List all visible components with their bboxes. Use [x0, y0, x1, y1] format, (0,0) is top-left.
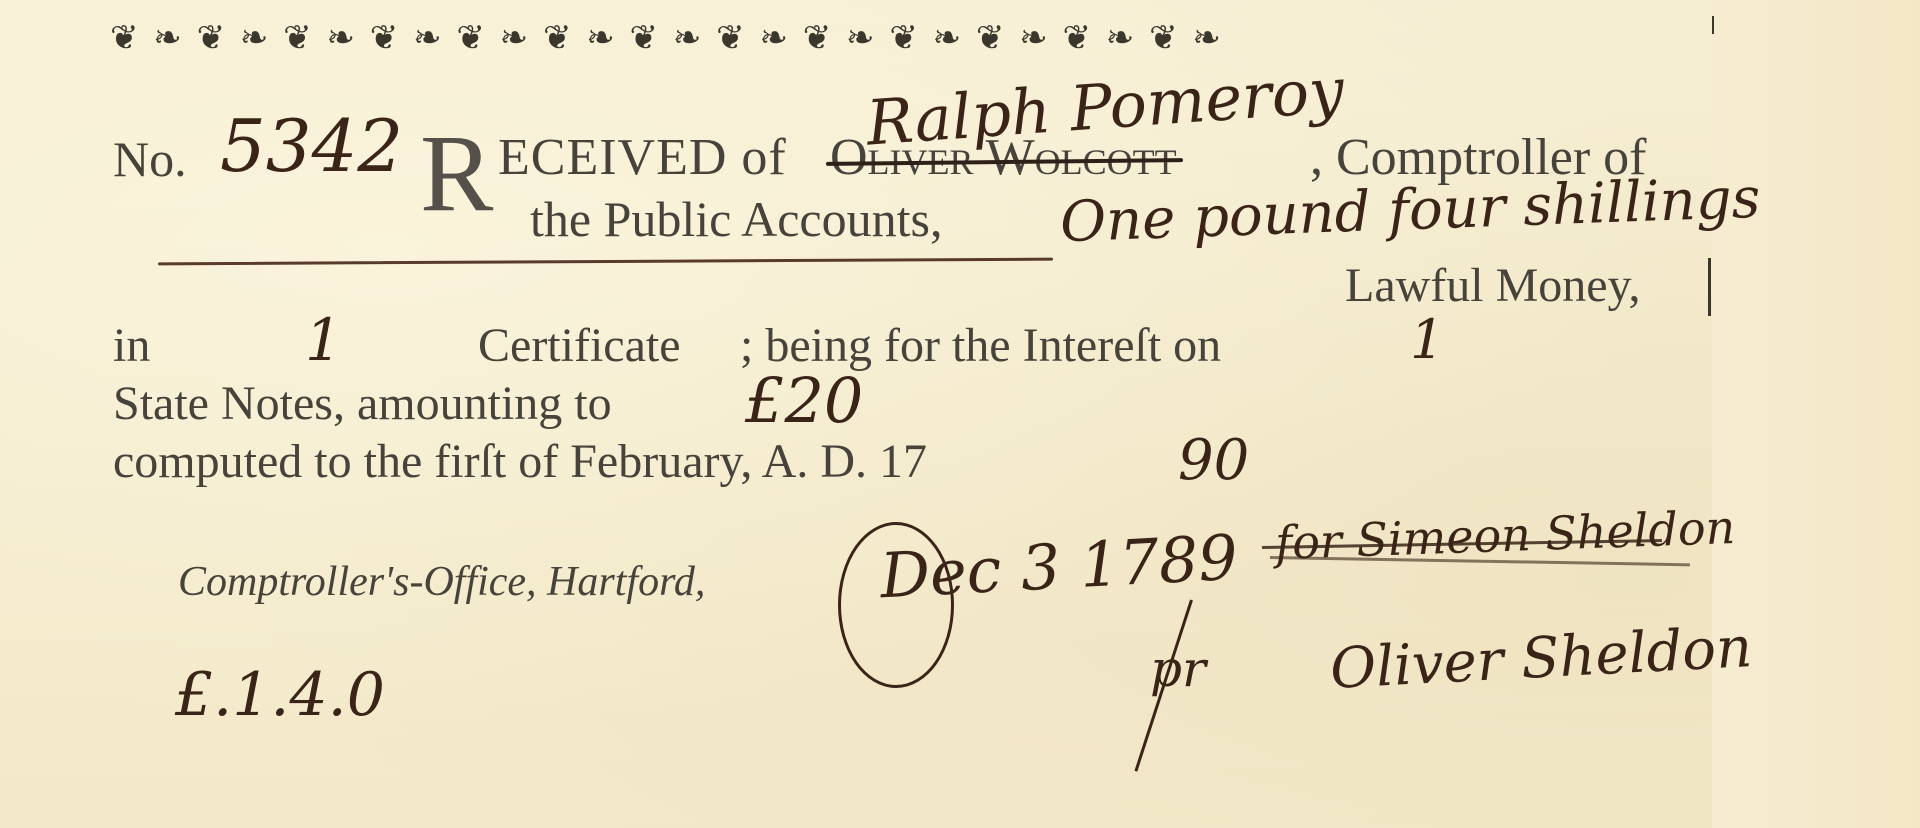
certificates-count-handwritten: 1 [305, 306, 342, 374]
certificates-label: Certificate [478, 318, 681, 373]
border-corner-mark [1706, 16, 1714, 34]
office-label: Comptroller's-Office, Hartford, [178, 558, 705, 606]
computed-date-label: computed to the firſt of February, A. D.… [113, 434, 927, 489]
bracket-mark [1708, 258, 1711, 316]
vine-ornament-icon: ❦ ❧ ❦ ❧ ❦ ❧ ❦ ❧ ❦ ❧ ❦ ❧ ❦ ❧ ❦ ❧ ❦ ❧ ❦ ❧ … [110, 18, 1223, 58]
received-label: ECEIVED of [498, 128, 787, 187]
state-notes-label: State Notes, amounting to [113, 376, 612, 431]
original-payee-struck: Oliver Wolcott [830, 128, 1177, 187]
lawful-money-label: Lawful Money, [1345, 258, 1640, 313]
public-accounts-label: the Public Accounts, [530, 190, 942, 248]
per-mark-handwritten: pr [1150, 640, 1206, 698]
notes-count-handwritten: 1 [1410, 308, 1444, 371]
sum-figures-handwritten: £.1.4.0 [175, 660, 385, 730]
ornamental-border: ❦ ❧ ❦ ❧ ❦ ❧ ❦ ❧ ❦ ❧ ❦ ❧ ❦ ❧ ❦ ❧ ❦ ❧ ❦ ❧ … [110, 14, 1710, 62]
in-label: in [113, 318, 150, 373]
number-label: No. [113, 130, 187, 188]
certificate-number: 5342 [220, 104, 403, 188]
paper-margin [1712, 0, 1920, 828]
received-drop-cap: R [420, 118, 493, 228]
principal-amount-handwritten: £20 [745, 364, 863, 437]
year-handwritten: 90 [1178, 428, 1249, 493]
